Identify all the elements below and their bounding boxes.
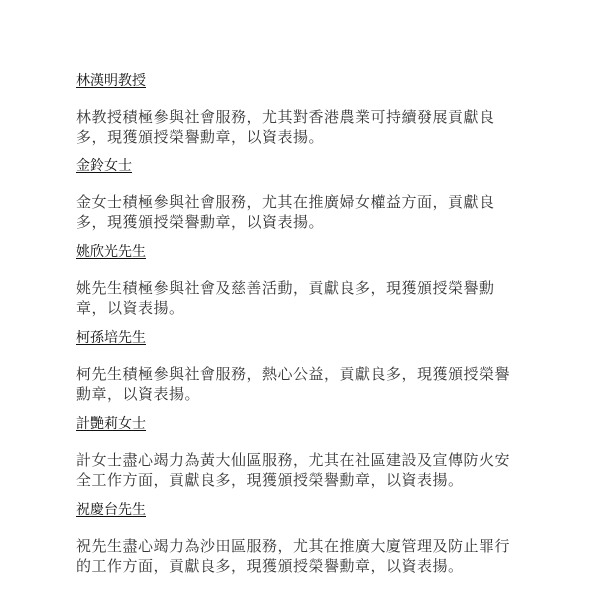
award-entry: 祝慶台先生 祝先生盡心竭力為沙田區服務，尤其在推廣大廈管理及防止罪行的工作方面，…	[76, 499, 516, 576]
award-entry: 金鈴女士 金女士積極參與社會服務，尤其在推廣婦女權益方面，貢獻良多，現獲頒授榮譽…	[76, 155, 516, 232]
award-entry: 姚欣光先生 姚先生積極參與社會及慈善活動，貢獻良多，現獲頒授榮譽勳章，以資表揚。	[76, 241, 516, 318]
awardee-name: 林漢明教授	[76, 72, 146, 90]
award-citation: 金女士積極參與社會服務，尤其在推廣婦女權益方面，貢獻良多，現獲頒授榮譽勳章，以資…	[76, 192, 516, 232]
award-citation: 祝先生盡心竭力為沙田區服務，尤其在推廣大廈管理及防止罪行的工作方面，貢獻良多，現…	[76, 536, 516, 576]
award-citation: 姚先生積極參與社會及慈善活動，貢獻良多，現獲頒授榮譽勳章，以資表揚。	[76, 278, 516, 318]
award-entry: 林漢明教授 林教授積極參與社會服務，尤其對香港農業可持續發展貢獻良多，現獲頒授榮…	[76, 70, 516, 147]
award-entry: 計艷莉女士 計女士盡心竭力為黃大仙區服務，尤其在社區建設及宣傳防火安全工作方面，…	[76, 413, 516, 490]
award-citation: 林教授積極參與社會服務，尤其對香港農業可持續發展貢獻良多，現獲頒授榮譽勳章，以資…	[76, 107, 516, 147]
awardee-name: 姚欣光先生	[76, 243, 146, 261]
award-citation: 柯先生積極參與社會服務，熱心公益，貢獻良多，現獲頒授榮譽勳章，以資表揚。	[76, 364, 516, 404]
award-entry: 柯孫培先生 柯先生積極參與社會服務，熱心公益，貢獻良多，現獲頒授榮譽勳章，以資表…	[76, 327, 516, 404]
awardee-name: 祝慶台先生	[76, 501, 146, 519]
awardee-name: 金鈴女士	[76, 157, 132, 175]
awardee-name: 計艷莉女士	[76, 415, 146, 433]
award-citation: 計女士盡心竭力為黃大仙區服務，尤其在社區建設及宣傳防火安全工作方面，貢獻良多，現…	[76, 450, 516, 490]
awardee-name: 柯孫培先生	[76, 329, 146, 347]
